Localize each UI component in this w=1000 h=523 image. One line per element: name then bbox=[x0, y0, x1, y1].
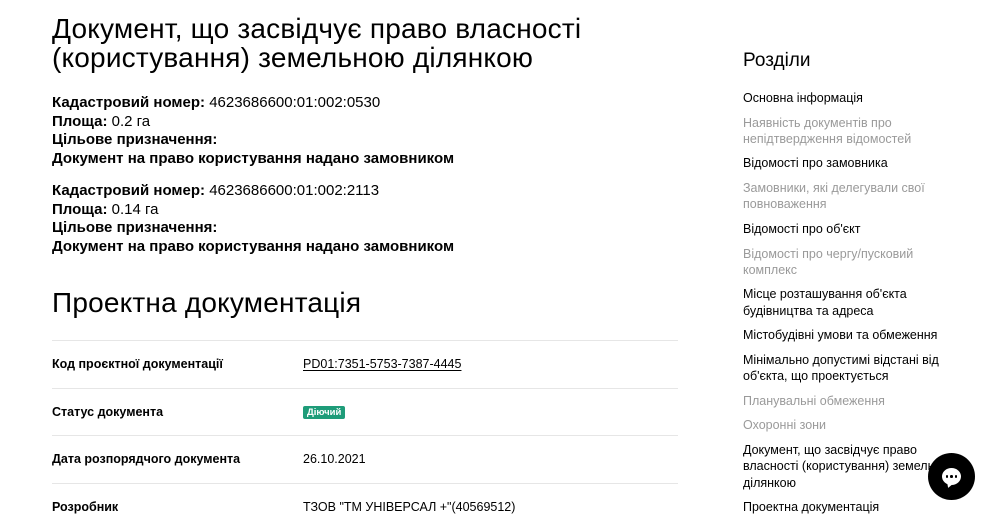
parcel-note: Документ на право користування надано за… bbox=[52, 150, 680, 169]
project-code-link[interactable]: PD01:7351-5753-7387-4445 bbox=[303, 357, 461, 371]
parcel-block: Кадастровий номер: 4623686600:01:002:053… bbox=[52, 94, 680, 168]
sidebar-item[interactable]: Містобудівні умови та обмеження bbox=[743, 327, 958, 343]
sidebar-item[interactable]: Замовники, які делегували свої повноваже… bbox=[743, 180, 958, 213]
sidebar-item[interactable]: Охоронні зони bbox=[743, 417, 958, 433]
chat-button[interactable] bbox=[928, 453, 975, 500]
purpose-label: Цільове призначення: bbox=[52, 219, 680, 238]
row-key: Розробник bbox=[52, 500, 303, 514]
parcel-note: Документ на право користування надано за… bbox=[52, 238, 680, 257]
project-docs-table: Код проєктної документації PD01:7351-575… bbox=[52, 340, 678, 523]
sidebar-item[interactable]: Місце розташування об'єкта будівництва т… bbox=[743, 286, 958, 319]
row-value: ТЗОВ "ТМ УНІВЕРСАЛ +"(40569512) bbox=[303, 500, 515, 514]
row-value: 26.10.2021 bbox=[303, 452, 366, 466]
area-value: 0.2 га bbox=[112, 113, 151, 130]
table-row: Розробник ТЗОВ "ТМ УНІВЕРСАЛ +"(40569512… bbox=[52, 483, 678, 523]
main-content: Документ, що засвідчує право власності (… bbox=[52, 14, 680, 523]
sections-sidebar: Розділи Основна інформаціяНаявність доку… bbox=[743, 50, 958, 523]
row-key: Статус документа bbox=[52, 405, 303, 419]
cadastral-label: Кадастровий номер: bbox=[52, 182, 205, 199]
sidebar-item[interactable]: Відомості про замовника bbox=[743, 155, 958, 171]
area-label: Площа: bbox=[52, 201, 107, 218]
sidebar-nav-list: Основна інформаціяНаявність документів п… bbox=[743, 90, 958, 516]
sidebar-title: Розділи bbox=[743, 50, 958, 72]
area-label: Площа: bbox=[52, 113, 107, 130]
sidebar-item[interactable]: Наявність документів про непідтвердження… bbox=[743, 115, 958, 148]
purpose-label: Цільове призначення: bbox=[52, 131, 680, 150]
sidebar-item[interactable]: Проектна документація bbox=[743, 499, 958, 515]
cadastral-label: Кадастровий номер: bbox=[52, 94, 205, 111]
area-value: 0.14 га bbox=[112, 201, 159, 218]
table-row: Дата розпорядчого документа 26.10.2021 bbox=[52, 435, 678, 483]
sidebar-item[interactable]: Відомості про об'єкт bbox=[743, 221, 958, 237]
cadastral-value: 4623686600:01:002:2113 bbox=[209, 182, 379, 199]
row-key: Код проєктної документації bbox=[52, 357, 303, 371]
chat-bubble-icon bbox=[942, 468, 961, 485]
sidebar-item[interactable]: Основна інформація bbox=[743, 90, 958, 106]
table-row: Код проєктної документації PD01:7351-575… bbox=[52, 340, 678, 388]
land-document-title: Документ, що засвідчує право власності (… bbox=[52, 14, 680, 72]
cadastral-value: 4623686600:01:002:0530 bbox=[209, 94, 380, 111]
sidebar-item[interactable]: Документ, що засвідчує право власності (… bbox=[743, 442, 958, 491]
project-docs-title: Проектна документація bbox=[52, 286, 680, 320]
row-key: Дата розпорядчого документа bbox=[52, 452, 303, 466]
sidebar-item[interactable]: Відомості про чергу/пусковий комплекс bbox=[743, 246, 958, 279]
status-badge: Діючий bbox=[303, 406, 345, 419]
parcel-block: Кадастровий номер: 4623686600:01:002:211… bbox=[52, 182, 680, 256]
sidebar-item[interactable]: Планувальні обмеження bbox=[743, 393, 958, 409]
sidebar-item[interactable]: Мінімально допустимі відстані від об'єкт… bbox=[743, 352, 958, 385]
page: Документ, що засвідчує право власності (… bbox=[0, 0, 1000, 523]
table-row: Статус документа Діючий bbox=[52, 388, 678, 436]
